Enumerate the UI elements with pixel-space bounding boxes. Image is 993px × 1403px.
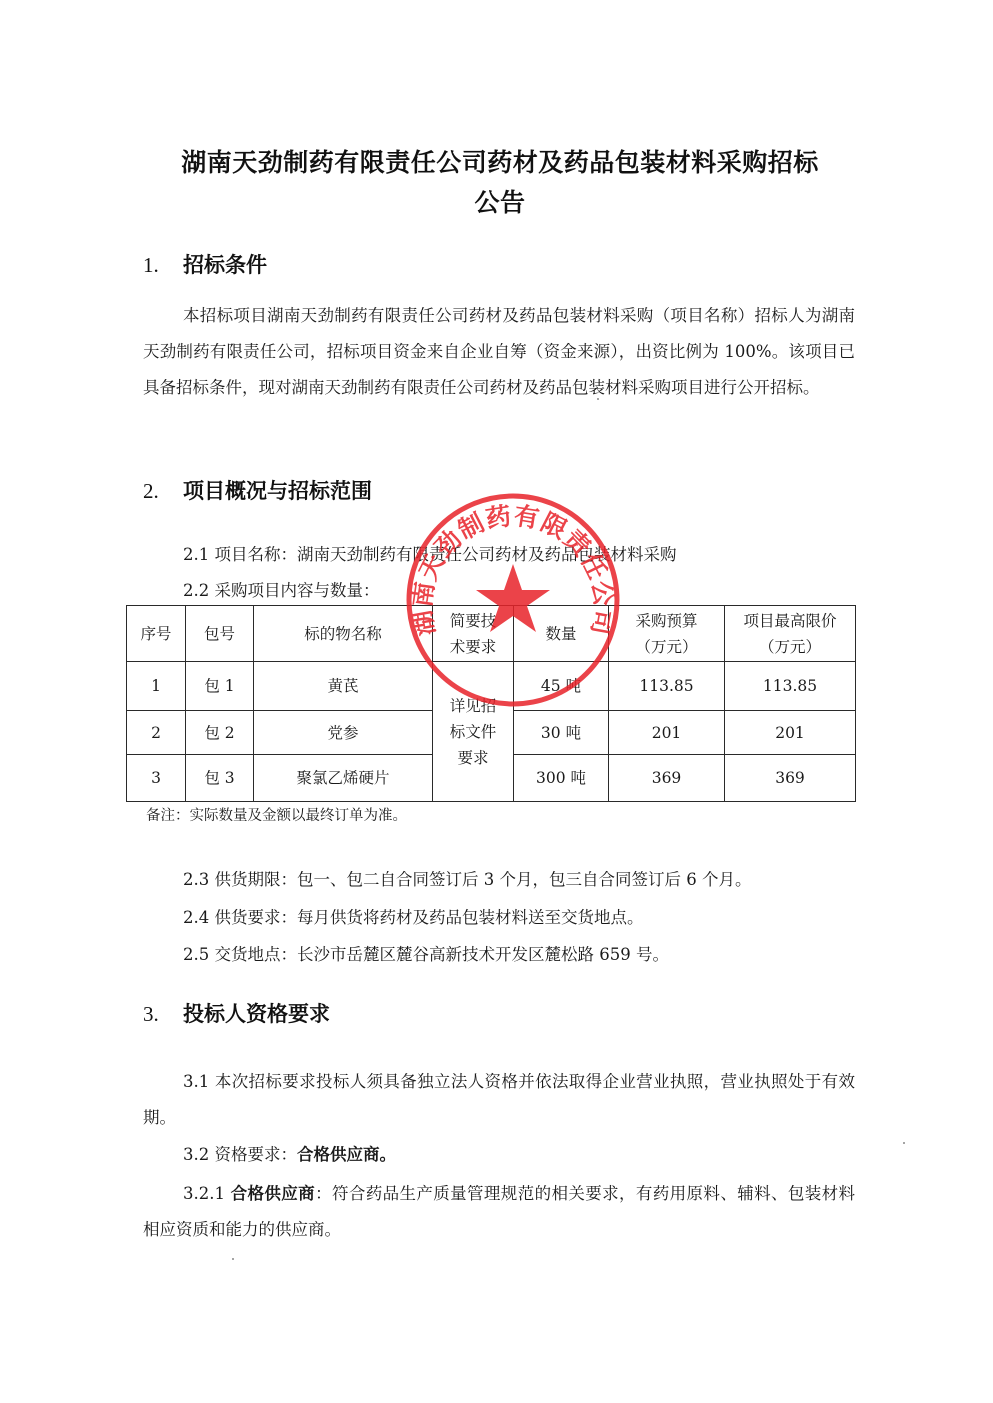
cell-budget: 369: [609, 755, 725, 802]
cell-max-price: 369: [725, 755, 856, 802]
cell-item: 聚氯乙烯硬片: [254, 755, 433, 802]
section-1-heading: 1.招标条件: [143, 250, 267, 280]
section-2-heading: 2.项目概况与招标范围: [143, 476, 372, 506]
section-number: 2.: [143, 476, 183, 506]
scan-speck: [232, 1258, 234, 1260]
item-2-5: 2.5 交货地点：长沙市岳麓区麓谷高新技术开发区麓松路 659 号。: [183, 940, 669, 970]
cell-quantity: 300 吨: [514, 755, 609, 802]
header-budget: 采购预算 （万元）: [609, 606, 725, 662]
header-quantity: 数量: [514, 606, 609, 662]
section-1-paragraph: 本招标项目湖南天劲制药有限责任公司药材及药品包装材料采购（项目名称）招标人为湖南…: [143, 298, 855, 406]
cell-seq: 1: [127, 662, 186, 711]
cell-package: 包 2: [186, 711, 254, 755]
section-title: 投标人资格要求: [183, 1002, 330, 1026]
table-note: 备注：实际数量及金额以最终订单为准。: [146, 806, 407, 826]
procurement-table: 序号 包号 标的物名称 简要技 术要求 数量 采购预算 （万元） 项目最高限价 …: [126, 605, 856, 802]
header-tech-requirement: 简要技 术要求: [433, 606, 514, 662]
cell-package: 包 3: [186, 755, 254, 802]
cell-quantity: 30 吨: [514, 711, 609, 755]
cell-max-price: 113.85: [725, 662, 856, 711]
section-3-heading: 3.投标人资格要求: [143, 999, 330, 1029]
cell-item: 党参: [254, 711, 433, 755]
item-3-2: 3.2 资格要求：合格供应商。: [183, 1140, 396, 1170]
cell-budget: 113.85: [609, 662, 725, 711]
scan-speck: [597, 398, 599, 400]
section-title: 项目概况与招标范围: [183, 479, 372, 503]
cell-max-price: 201: [725, 711, 856, 755]
section-number: 1.: [143, 250, 183, 280]
header-max-price: 项目最高限价 （万元）: [725, 606, 856, 662]
document-page: 湖南天劲制药有限责任公司药材及药品包装材料采购招标 公告 1.招标条件 本招标项…: [0, 0, 993, 1403]
header-package: 包号: [186, 606, 254, 662]
cell-tech-requirement: 详见招 标文件 要求: [433, 662, 514, 802]
cell-seq: 2: [127, 711, 186, 755]
cell-item: 黄芪: [254, 662, 433, 711]
section-number: 3.: [143, 999, 183, 1029]
item-3-1: 3.1 本次招标要求投标人须具备独立法人资格并依法取得企业营业执照，营业执照处于…: [143, 1064, 855, 1136]
table-header-row: 序号 包号 标的物名称 简要技 术要求 数量 采购预算 （万元） 项目最高限价 …: [127, 606, 856, 662]
cell-package: 包 1: [186, 662, 254, 711]
section-title: 招标条件: [183, 253, 267, 277]
item-2-2: 2.2 采购项目内容与数量：: [183, 576, 380, 606]
header-item-name: 标的物名称: [254, 606, 433, 662]
item-2-1: 2.1 项目名称：湖南天劲制药有限责任公司药材及药品包装材料采购: [183, 540, 677, 570]
item-2-3: 2.3 供货期限：包一、包二自合同签订后 3 个月，包三自合同签订后 6 个月。: [183, 865, 751, 895]
document-title-line1: 湖南天劲制药有限责任公司药材及药品包装材料采购招标: [140, 143, 860, 183]
cell-budget: 201: [609, 711, 725, 755]
table-row: 1 包 1 黄芪 详见招 标文件 要求 45 吨 113.85 113.85: [127, 662, 856, 711]
document-title-line2: 公告: [140, 183, 860, 223]
cell-quantity: 45 吨: [514, 662, 609, 711]
item-3-2-1: 3.2.1 合格供应商：符合药品生产质量管理规范的相关要求，有药用原料、辅料、包…: [143, 1176, 855, 1248]
item-2-4: 2.4 供货要求：每月供货将药材及药品包装材料送至交货地点。: [183, 903, 644, 933]
header-seq: 序号: [127, 606, 186, 662]
cell-seq: 3: [127, 755, 186, 802]
scan-speck: [903, 1142, 905, 1144]
